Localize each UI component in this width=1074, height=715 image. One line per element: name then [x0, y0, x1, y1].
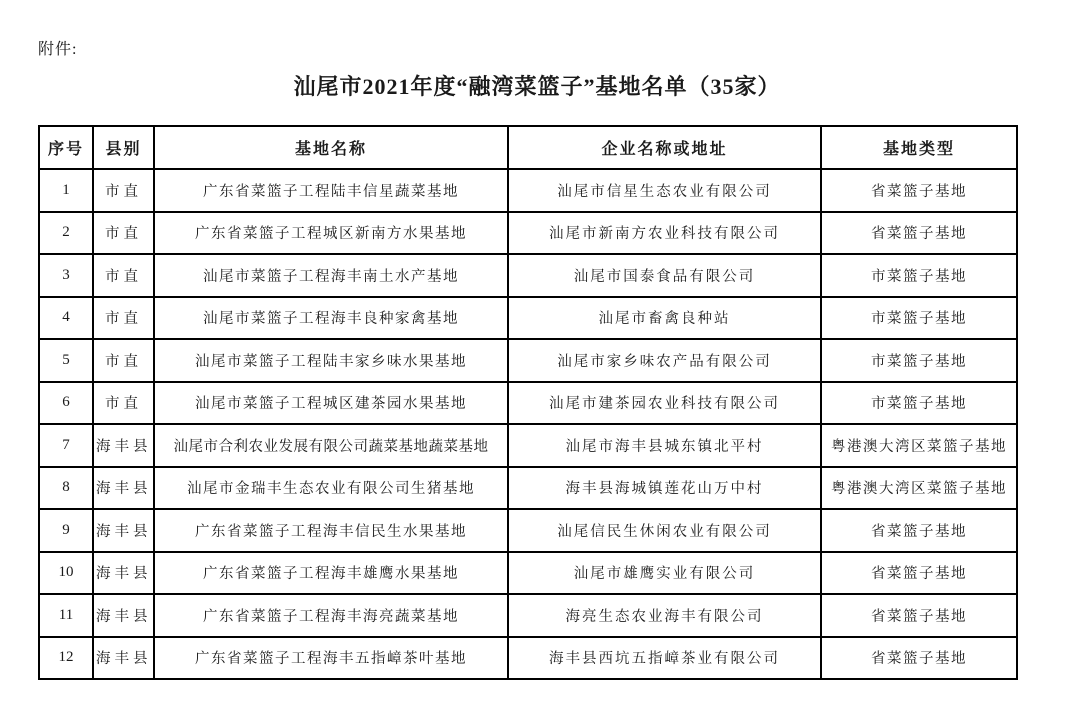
- county-cell: 海丰县: [93, 594, 154, 637]
- base-type-cell: 市菜篮子基地: [821, 382, 1017, 425]
- table-row: 12 海丰县 广东省菜篮子工程海丰五指嶂茶叶基地 海丰县西坑五指嶂茶业有限公司 …: [39, 637, 1017, 680]
- county-cell: 海丰县: [93, 552, 154, 595]
- table-body: 1 市直 广东省菜篮子工程陆丰信星蔬菜基地 汕尾市信星生态农业有限公司 省菜篮子…: [39, 169, 1017, 679]
- col-header-base-name: 基地名称: [154, 126, 508, 169]
- county-cell: 市直: [93, 212, 154, 255]
- row-number-cell: 9: [39, 509, 93, 552]
- table-row: 3 市直 汕尾市菜篮子工程海丰南土水产基地 汕尾市国泰食品有限公司 市菜篮子基地: [39, 254, 1017, 297]
- table-row: 8 海丰县 汕尾市金瑞丰生态农业有限公司生猪基地 海丰县海城镇莲花山万中村 粤港…: [39, 467, 1017, 510]
- row-number-cell: 11: [39, 594, 93, 637]
- county-cell: 市直: [93, 382, 154, 425]
- company-cell: 汕尾市国泰食品有限公司: [508, 254, 821, 297]
- company-cell: 汕尾市新南方农业科技有限公司: [508, 212, 821, 255]
- table-header: 序号 县别 基地名称 企业名称或地址 基地类型: [39, 126, 1017, 169]
- attachment-label: 附件:: [38, 36, 77, 59]
- table-row: 7 海丰县 汕尾市合利农业发展有限公司蔬菜基地蔬菜基地 汕尾市海丰县城东镇北平村…: [39, 424, 1017, 467]
- table-row: 5 市直 汕尾市菜篮子工程陆丰家乡味水果基地 汕尾市家乡味农产品有限公司 市菜篮…: [39, 339, 1017, 382]
- company-cell: 汕尾市信星生态农业有限公司: [508, 169, 821, 212]
- base-type-cell: 市菜篮子基地: [821, 254, 1017, 297]
- col-header-base-type: 基地类型: [821, 126, 1017, 169]
- base-name-cell: 汕尾市金瑞丰生态农业有限公司生猪基地: [154, 467, 508, 510]
- row-number-cell: 12: [39, 637, 93, 680]
- table-row: 4 市直 汕尾市菜篮子工程海丰良种家禽基地 汕尾市畜禽良种站 市菜篮子基地: [39, 297, 1017, 340]
- company-cell: 汕尾市家乡味农产品有限公司: [508, 339, 821, 382]
- company-cell: 汕尾市雄鹰实业有限公司: [508, 552, 821, 595]
- table-row: 10 海丰县 广东省菜篮子工程海丰雄鹰水果基地 汕尾市雄鹰实业有限公司 省菜篮子…: [39, 552, 1017, 595]
- county-cell: 海丰县: [93, 509, 154, 552]
- table-row: 1 市直 广东省菜篮子工程陆丰信星蔬菜基地 汕尾市信星生态农业有限公司 省菜篮子…: [39, 169, 1017, 212]
- row-number-cell: 4: [39, 297, 93, 340]
- col-header-no: 序号: [39, 126, 93, 169]
- base-type-cell: 省菜篮子基地: [821, 212, 1017, 255]
- company-cell: 汕尾市畜禽良种站: [508, 297, 821, 340]
- base-name-cell: 广东省菜篮子工程海丰五指嶂茶叶基地: [154, 637, 508, 680]
- company-cell: 海丰县海城镇莲花山万中村: [508, 467, 821, 510]
- base-name-cell: 汕尾市菜篮子工程海丰良种家禽基地: [154, 297, 508, 340]
- table-row: 9 海丰县 广东省菜篮子工程海丰信民生水果基地 汕尾信民生休闲农业有限公司 省菜…: [39, 509, 1017, 552]
- base-name-cell: 广东省菜篮子工程陆丰信星蔬菜基地: [154, 169, 508, 212]
- row-number-cell: 3: [39, 254, 93, 297]
- document-page: 附件: 汕尾市2021年度“融湾菜篮子”基地名单（35家） 序号 县别 基地名称…: [0, 0, 1074, 715]
- col-header-county: 县别: [93, 126, 154, 169]
- row-number-cell: 2: [39, 212, 93, 255]
- county-cell: 海丰县: [93, 424, 154, 467]
- page-title: 汕尾市2021年度“融湾菜篮子”基地名单（35家）: [0, 70, 1074, 101]
- row-number-cell: 8: [39, 467, 93, 510]
- base-name-cell: 广东省菜篮子工程城区新南方水果基地: [154, 212, 508, 255]
- county-cell: 市直: [93, 339, 154, 382]
- table-header-row: 序号 县别 基地名称 企业名称或地址 基地类型: [39, 126, 1017, 169]
- row-number-cell: 7: [39, 424, 93, 467]
- base-type-cell: 省菜篮子基地: [821, 594, 1017, 637]
- company-cell: 海丰县西坑五指嶂茶业有限公司: [508, 637, 821, 680]
- base-name-cell: 广东省菜篮子工程海丰信民生水果基地: [154, 509, 508, 552]
- table-row: 11 海丰县 广东省菜篮子工程海丰海亮蔬菜基地 海亮生态农业海丰有限公司 省菜篮…: [39, 594, 1017, 637]
- county-cell: 市直: [93, 169, 154, 212]
- company-cell: 汕尾市海丰县城东镇北平村: [508, 424, 821, 467]
- base-list-table: 序号 县别 基地名称 企业名称或地址 基地类型 1 市直 广东省菜篮子工程陆丰信…: [38, 125, 1018, 680]
- row-number-cell: 1: [39, 169, 93, 212]
- row-number-cell: 5: [39, 339, 93, 382]
- company-cell: 汕尾信民生休闲农业有限公司: [508, 509, 821, 552]
- base-type-cell: 省菜篮子基地: [821, 552, 1017, 595]
- company-cell: 海亮生态农业海丰有限公司: [508, 594, 821, 637]
- base-type-cell: 市菜篮子基地: [821, 297, 1017, 340]
- table-row: 6 市直 汕尾市菜篮子工程城区建茶园水果基地 汕尾市建茶园农业科技有限公司 市菜…: [39, 382, 1017, 425]
- base-name-cell: 汕尾市菜篮子工程海丰南土水产基地: [154, 254, 508, 297]
- base-name-cell: 汕尾市菜篮子工程陆丰家乡味水果基地: [154, 339, 508, 382]
- col-header-company: 企业名称或地址: [508, 126, 821, 169]
- base-name-cell: 广东省菜篮子工程海丰雄鹰水果基地: [154, 552, 508, 595]
- base-type-cell: 市菜篮子基地: [821, 339, 1017, 382]
- row-number-cell: 10: [39, 552, 93, 595]
- base-type-cell: 省菜篮子基地: [821, 509, 1017, 552]
- base-name-cell: 广东省菜篮子工程海丰海亮蔬菜基地: [154, 594, 508, 637]
- base-type-cell: 省菜篮子基地: [821, 169, 1017, 212]
- county-cell: 市直: [93, 297, 154, 340]
- table-row: 2 市直 广东省菜篮子工程城区新南方水果基地 汕尾市新南方农业科技有限公司 省菜…: [39, 212, 1017, 255]
- base-name-cell: 汕尾市菜篮子工程城区建茶园水果基地: [154, 382, 508, 425]
- company-cell: 汕尾市建茶园农业科技有限公司: [508, 382, 821, 425]
- county-cell: 海丰县: [93, 467, 154, 510]
- base-type-cell: 粤港澳大湾区菜篮子基地: [821, 424, 1017, 467]
- county-cell: 海丰县: [93, 637, 154, 680]
- row-number-cell: 6: [39, 382, 93, 425]
- base-type-cell: 省菜篮子基地: [821, 637, 1017, 680]
- base-type-cell: 粤港澳大湾区菜篮子基地: [821, 467, 1017, 510]
- county-cell: 市直: [93, 254, 154, 297]
- base-name-cell: 汕尾市合利农业发展有限公司蔬菜基地蔬菜基地: [154, 424, 508, 467]
